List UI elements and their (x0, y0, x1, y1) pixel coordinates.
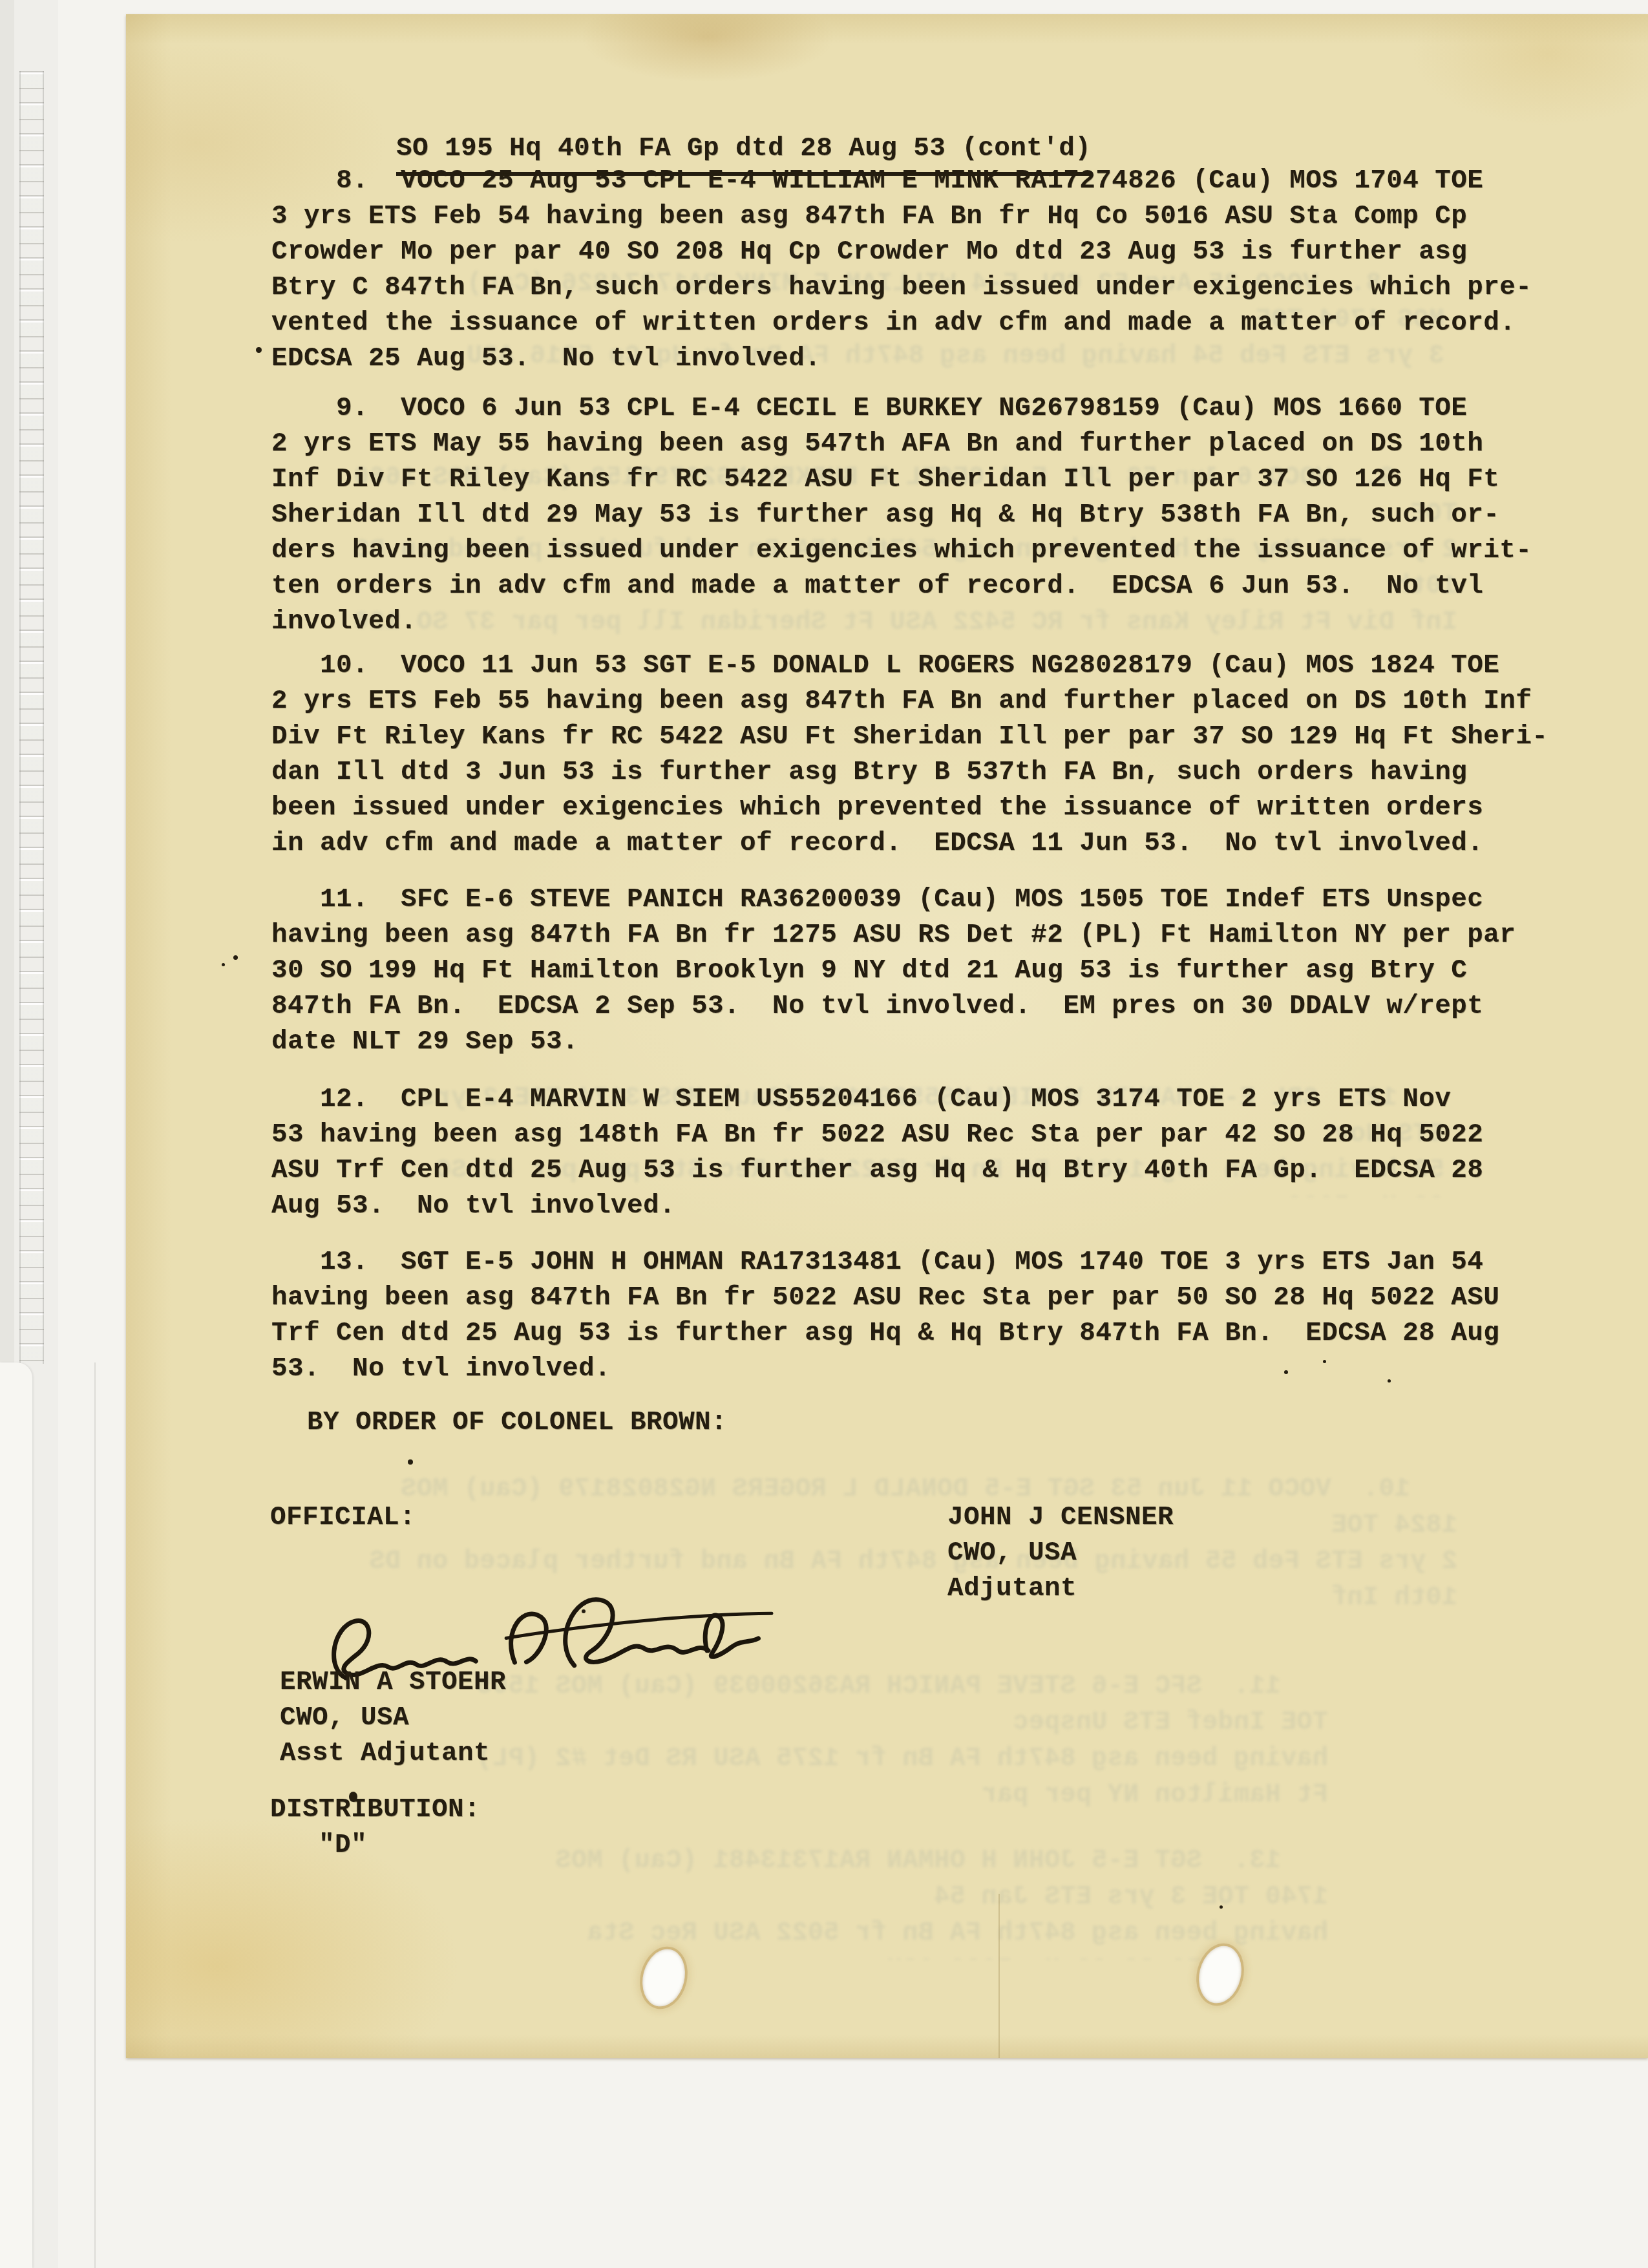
ink-speck (222, 963, 225, 966)
ink-speck (256, 347, 262, 353)
sleeve-background (0, 0, 126, 2268)
ink-speck (1323, 1360, 1326, 1363)
paragraph-10: 10. VOCO 11 Jun 53 SGT E-5 DONALD L ROGE… (271, 648, 1596, 862)
official-label: OFFICIAL: (270, 1500, 416, 1536)
paragraph-13: 13. SGT E-5 JOHN H OHMAN RA17313481 (Cau… (271, 1245, 1596, 1387)
paper-crease (998, 1894, 1000, 2058)
punch-hole-right (1193, 1942, 1247, 2008)
ink-speck (349, 1792, 357, 1802)
bleed-through-text: 13. SGT E-5 JOHN H OHMAN RA17313481 (Cau… (527, 1843, 1328, 1960)
ink-speck (233, 955, 238, 960)
by-order-line: BY ORDER OF COLONEL BROWN: (307, 1405, 727, 1441)
document-paper: 8. VOCO 25 Aug 53 CPL E-4 WILLIAM E MINK… (126, 14, 1648, 2058)
ink-speck (408, 1459, 413, 1465)
paragraph-11: 11. SFC E-6 STEVE PANICH RA36200039 (Cau… (271, 882, 1596, 1060)
sleeve-edge-line (94, 1362, 96, 2268)
adjutant-signature-block: JOHN J CENSNER CWO, USA Adjutant (947, 1500, 1174, 1607)
punch-hole-left (637, 1945, 691, 2011)
signer-block: ERWIN A STOEHR CWO, USA Asst Adjutant (280, 1665, 506, 1772)
paragraph-9: 9. VOCO 6 Jun 53 CPL E-4 CECIL E BURKEY … (271, 391, 1596, 640)
distribution-block: DISTRIBUTION: "D" (270, 1792, 480, 1863)
scanned-document-page: 8. VOCO 25 Aug 53 CPL E-4 WILLIAM E MINK… (0, 0, 1648, 2268)
sleeve-perforation-strip (19, 71, 44, 1364)
ink-speck (582, 1609, 586, 1613)
ink-speck (1220, 1905, 1223, 1909)
paragraph-8: 8. VOCO 25 Aug 53 CPL E-4 WILLIAM E MINK… (271, 164, 1596, 377)
sleeve-spine-bar (0, 1362, 32, 2268)
paragraph-12: 12. CPL E-4 MARVIN W SIEM US55204166 (Ca… (271, 1082, 1596, 1224)
ink-speck (1388, 1379, 1391, 1383)
ink-speck (1284, 1370, 1288, 1374)
